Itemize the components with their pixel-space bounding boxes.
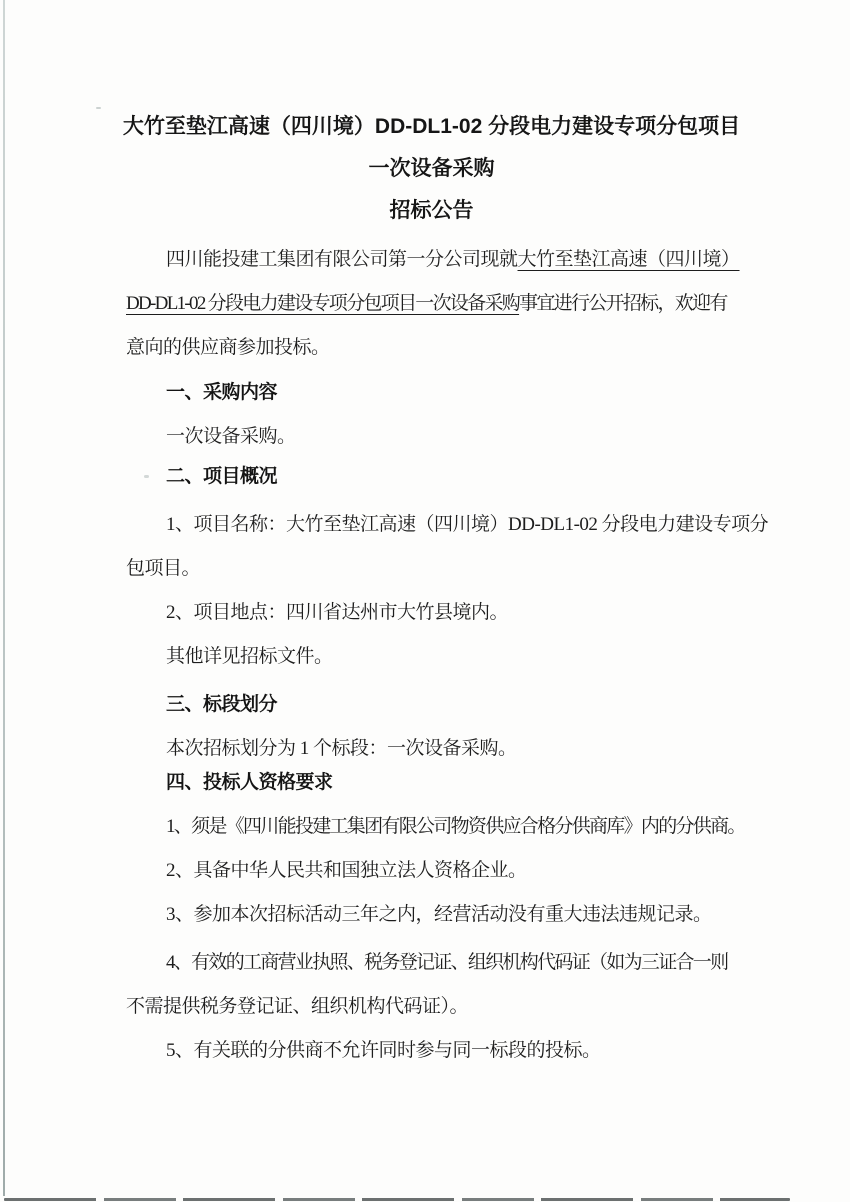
scan-edge-artifact-left xyxy=(3,0,5,1196)
intro-line-1-underlined: 大竹至垫江高速（四川境） xyxy=(518,249,740,270)
section-2-item-1-line-2: 包项目。 xyxy=(126,547,750,591)
document-body: 大竹至垫江高速（四川境）DD-DL1-02 分段电力建设专项分包项目 一次设备采… xyxy=(126,0,750,1073)
section-4-item-4-line-2: 不需提供税务登记证、组织机构代码证）。 xyxy=(126,985,750,1029)
section-2-item-2: 2、项目地点：四川省达州市大竹县境内。 xyxy=(126,591,750,635)
section-4-item-2: 2、具备中华人民共和国独立法人资格企业。 xyxy=(126,849,750,893)
intro-line-2-text: 事宜进行公开招标，欢迎有 xyxy=(519,293,727,314)
intro-line-1-text: 四川能投建工集团有限公司第一分公司现就 xyxy=(166,249,518,270)
section-4-item-1: 1、须是《四川能投建工集团有限公司物资供应合格分供商库》内的分供商。 xyxy=(126,805,750,849)
section-4-item-5: 5、有关联的分供商不允许同时参与同一标段的投标。 xyxy=(126,1029,750,1073)
intro-line-2-underlined: DD-DL1-02 分段电力建设专项分包项目一次设备采购 xyxy=(126,293,519,314)
section-1-heading: 一、采购内容 xyxy=(126,371,750,415)
intro-line-2: DD-DL1-02 分段电力建设专项分包项目一次设备采购事宜进行公开招标，欢迎有 xyxy=(126,282,750,326)
section-2-heading: 二、项目概况 xyxy=(126,455,750,499)
intro-line-3: 意向的供应商参加投标。 xyxy=(126,326,750,370)
section-2-note: 其他详见招标文件。 xyxy=(126,635,750,679)
section-1-body: 一次设备采购。 xyxy=(126,415,750,459)
section-2-item-1-line-1: 1、项目名称：大竹至垫江高速（四川境）DD-DL1-02 分段电力建设专项分 xyxy=(126,503,750,547)
title-line-3: 招标公告 xyxy=(113,190,750,232)
section-4-item-4-line-1: 4、有效的工商营业执照、税务登记证、组织机构代码证（如为三证合一则 xyxy=(126,941,750,985)
scan-edge-artifact-bottom xyxy=(4,1198,790,1201)
section-4-item-3: 3、参加本次招标活动三年之内，经营活动没有重大违法违规记录。 xyxy=(126,893,750,937)
title-line-1: 大竹至垫江高速（四川境）DD-DL1-02 分段电力建设专项分包项目 xyxy=(113,106,750,148)
section-3-heading: 三、标段划分 xyxy=(126,683,750,727)
scanned-document-page: 大竹至垫江高速（四川境）DD-DL1-02 分段电力建设专项分包项目 一次设备采… xyxy=(0,0,850,1202)
intro-line-1: 四川能投建工集团有限公司第一分公司现就大竹至垫江高速（四川境） xyxy=(126,238,750,282)
scan-speck xyxy=(96,107,101,109)
document-title: 大竹至垫江高速（四川境）DD-DL1-02 分段电力建设专项分包项目 一次设备采… xyxy=(126,0,750,232)
title-line-2: 一次设备采购 xyxy=(113,148,750,190)
